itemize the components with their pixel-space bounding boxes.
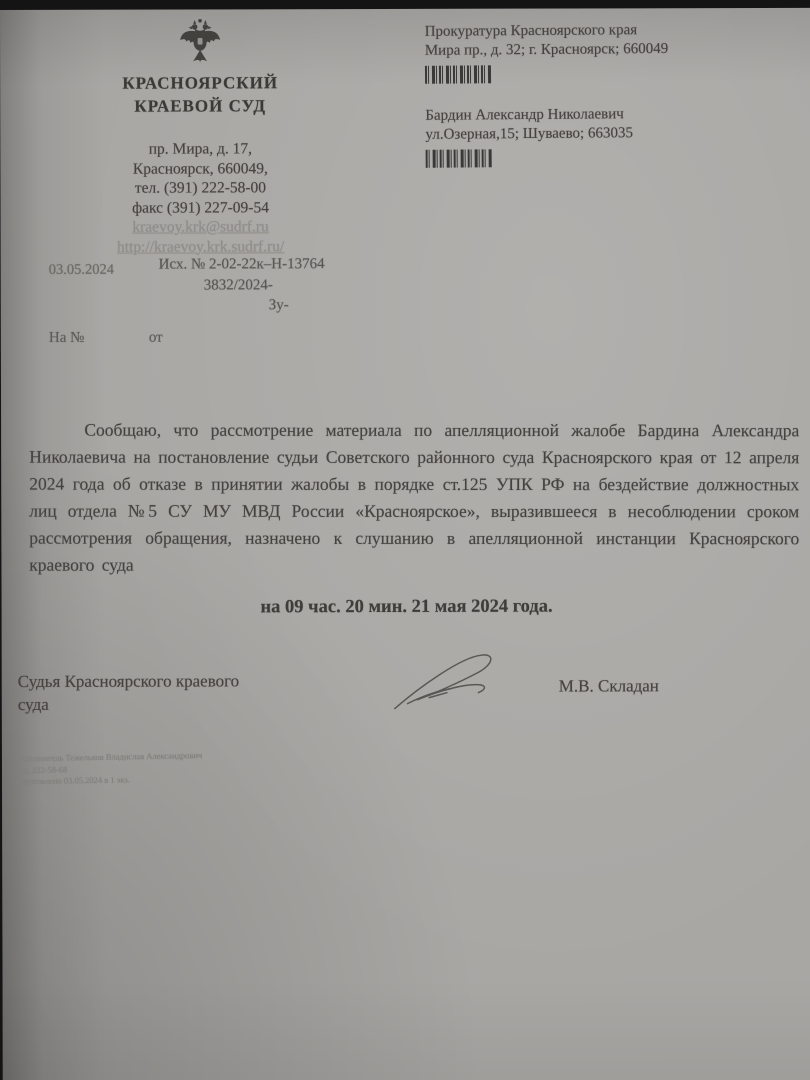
signer-title-line1: Судья Красноярского краевого	[18, 669, 239, 693]
court-phone: тел. (391) 222-58-00	[95, 178, 305, 198]
recipients: Прокуратура Красноярского края Мира пр.,…	[425, 20, 776, 191]
barcode	[426, 149, 492, 168]
letterhead-contacts: пр. Мира, д. 17, Красноярск, 660049, тел…	[95, 139, 305, 257]
copies-note: Изготовлено 03.05.2024 в 1 экз.	[16, 773, 203, 788]
recipient-address: Мира пр., д. 32; г. Красноярск; 660049	[425, 39, 775, 61]
court-name-line1: КРАСНОЯРСКИЙ	[95, 73, 305, 94]
court-fax: факс (391) 227-09-54	[95, 198, 305, 218]
signer-name: М.В. Складан	[559, 676, 659, 696]
court-address-line1: пр. Мира, д. 17,	[95, 139, 305, 159]
letterhead: КРАСНОЯРСКИЙ КРАЕВОЙ СУД пр. Мира, д. 17…	[95, 17, 306, 257]
court-address-line2: Красноярск, 660049,	[95, 159, 305, 179]
court-email: kraevoy.krk@sudrf.ru	[96, 217, 306, 237]
outgoing-number-line2: 3832/2024-	[204, 277, 273, 294]
recipient-prosecutor: Прокуратура Красноярского края Мира пр.,…	[425, 20, 775, 84]
footer-fine-print: Исполнитель Тежельков Владислав Александ…	[16, 750, 203, 788]
in-reply-number-label: На №	[49, 330, 85, 347]
letter-date: 03.05.2024	[49, 262, 114, 279]
letter-page: КРАСНОЯРСКИЙ КРАЕВОЙ СУД пр. Мира, д. 17…	[0, 8, 810, 1080]
barcode	[425, 65, 491, 84]
signer-title-line2: суда	[18, 692, 239, 716]
recipient-bardin: Бардин Александр Николаевич ул.Озерная,1…	[425, 104, 775, 168]
coat-of-arms-icon	[177, 17, 223, 70]
body-paragraph: Сообщаю, что рассмотрение материала по а…	[29, 416, 799, 579]
scanned-letter-photo: КРАСНОЯРСКИЙ КРАЕВОЙ СУД пр. Мира, д. 17…	[0, 0, 810, 1080]
recipient-address: ул.Озерная,15; Шуваево; 663035	[425, 123, 775, 145]
signer-title: Судья Красноярского краевого суда	[18, 669, 240, 716]
hearing-datetime: на 09 час. 20 мин. 21 мая 2024 года.	[2, 596, 810, 619]
outgoing-number-line3: Зу-	[269, 297, 289, 314]
outgoing-number-line1: Исх. № 2-02-22к–Н-13764	[159, 256, 325, 273]
court-website: http://kraevoy.krk.sudrf.ru/	[96, 237, 306, 257]
in-reply-date-label: от	[149, 330, 163, 347]
handwritten-signature	[390, 649, 518, 722]
court-name-line2: КРАЕВОЙ СУД	[95, 96, 305, 117]
